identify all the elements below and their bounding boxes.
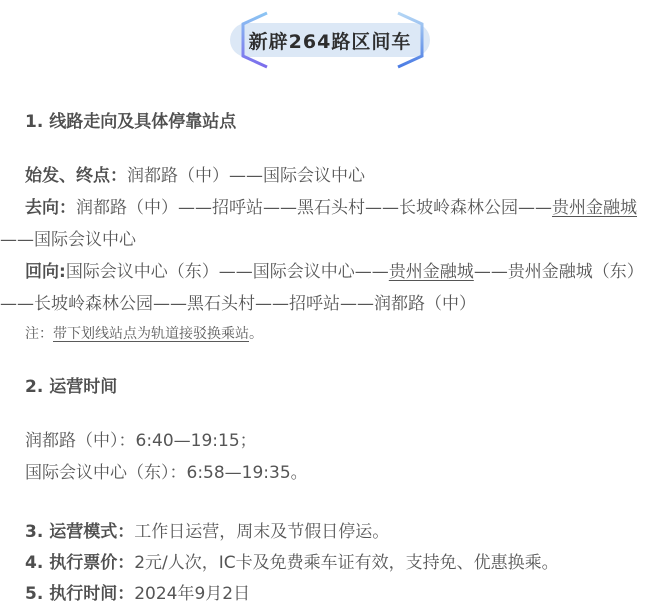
text-run: 润都路（中）——招呼站——黑石头村——长坡岭森林公园—— xyxy=(76,198,552,218)
text-run: 国际会议中心（东）：6:58—19:35。 xyxy=(25,463,308,483)
label-run: 回向: xyxy=(25,262,66,282)
text-run: 润都路（中）：6:40—19:15； xyxy=(25,431,257,451)
text-run: 2元/人次，IC卡及免费乘车证有效，支持免、优惠换乘。 xyxy=(134,553,558,573)
label-run: 始发、终点： xyxy=(25,166,127,186)
operating-hours-origin: 润都路（中）：6:40—19:15； xyxy=(0,425,658,457)
start-end-line: 始发、终点：润都路（中）——国际会议中心 xyxy=(0,160,658,192)
label-run: 2. 运营时间 xyxy=(25,377,117,397)
text-run: 润都路（中）——国际会议中心 xyxy=(127,166,365,186)
label-run: 1. 线路走向及具体停靠站点 xyxy=(25,112,236,132)
text-run: 。 xyxy=(249,326,263,342)
label-run: 5. 执行时间： xyxy=(25,584,134,604)
underlined-station-run: 贵州金融城 xyxy=(552,198,637,218)
label-run: 4. 执行票价： xyxy=(25,553,134,573)
text-run: ——长坡岭森林公园——黑石头村——招呼站——润都路（中） xyxy=(0,294,476,314)
section2-heading: 2. 运营时间 xyxy=(0,371,658,403)
operating-hours-terminus: 国际会议中心（东）：6:58—19:35。 xyxy=(0,457,658,489)
title-badge-frame: 新辟264路区间车 xyxy=(230,10,430,70)
text-run: 国际会议中心（东）——国际会议中心—— xyxy=(66,262,389,282)
effective-date-line: 5. 执行时间：2024年9月2日 xyxy=(0,579,658,610)
inbound-route-line: 回向:国际会议中心（东）——国际会议中心——贵州金融城——贵州金融城（东）——长… xyxy=(0,256,658,320)
text-run: ——国际会议中心 xyxy=(0,230,136,250)
outbound-route-line: 去向：润都路（中）——招呼站——黑石头村——长坡岭森林公园——贵州金融城——国际… xyxy=(0,192,658,256)
section1-heading: 1. 线路走向及具体停靠站点 xyxy=(0,106,658,138)
text-run: 2024年9月2日 xyxy=(134,584,250,604)
label-run: 去向： xyxy=(25,198,76,218)
text-run: 注： xyxy=(25,326,53,342)
label-run: 3. 运营模式： xyxy=(25,522,134,542)
text-run: 工作日运营，周末及节假日停运。 xyxy=(134,522,389,542)
info-items: 3. 运营模式：工作日运营，周末及节假日停运。 4. 执行票价：2元/人次，IC… xyxy=(0,517,658,610)
underlined-station-run: 带下划线站点为轨道接驳换乘站 xyxy=(53,326,249,342)
fare-line: 4. 执行票价：2元/人次，IC卡及免费乘车证有效，支持免、优惠换乘。 xyxy=(0,548,658,579)
transfer-note: 注：带下划线站点为轨道接驳换乘站。 xyxy=(0,320,658,349)
page-title: 新辟264路区间车 xyxy=(230,10,430,70)
operating-mode-line: 3. 运营模式：工作日运营，周末及节假日停运。 xyxy=(0,517,658,548)
text-run: ——贵州金融城（东） xyxy=(474,262,644,282)
article-body: 1. 线路走向及具体停靠站点 始发、终点：润都路（中）——国际会议中心 去向：润… xyxy=(0,106,660,610)
title-badge: 新辟264路区间车 xyxy=(0,0,660,70)
underlined-station-run: 贵州金融城 xyxy=(389,262,474,282)
